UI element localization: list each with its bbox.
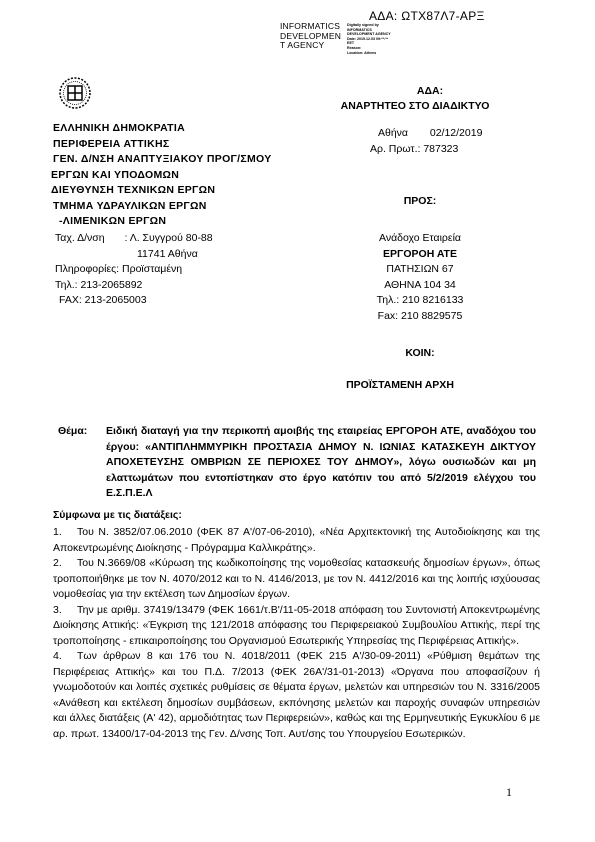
subject-text: Ειδική διαταγή για την περικοπή αμοιβής … — [106, 424, 536, 502]
stamp-line: T AGENCY — [280, 41, 341, 51]
greek-emblem-icon — [57, 75, 93, 111]
postal-city: 11741 Αθήνα — [55, 247, 213, 263]
recipient-heading: ΠΡΟΣ: — [290, 195, 550, 207]
sender-address: Ταχ. Δ/νση : Λ. Συγγρού 80-88 11741 Αθήν… — [55, 231, 213, 309]
sender-line: ΠΕΡΙΦΕΡΕΙΑ ΑΤΤΙΚΗΣ — [53, 137, 272, 153]
recipient-fax: Fax: 210 8829575 — [290, 309, 550, 325]
stamp-details: Digitally signed by INFORMATICS DEVELOPM… — [347, 22, 391, 55]
subject-block: Θέμα: Ειδική διαταγή για την περικοπή αμ… — [58, 424, 536, 502]
info-label: Πληροφορίες: — [55, 263, 119, 275]
item-text: Του Ν.3669/08 «Κύρωση της κωδικοποίησης … — [53, 557, 540, 600]
sender-line: ΕΡΓΩΝ ΚΑΙ ΥΠΟΔΟΜΩΝ — [51, 168, 272, 184]
sender-line: ΤΜΗΜΑ ΥΔΡΑΥΛΙΚΩΝ ΕΡΓΩΝ — [53, 199, 272, 215]
list-item: 3.Την με αριθμ. 37419/13479 (ΦΕΚ 1661/τ.… — [53, 603, 540, 650]
stamp-detail-line: Location: Athens — [347, 51, 391, 56]
page-number: 1 — [506, 785, 512, 800]
recipient-company: ΕΡΓΟΡΟΗ ΑΤΕ — [290, 247, 550, 263]
recipient-line: ΑΘΗΝΑ 104 34 — [290, 278, 550, 294]
sender-line: -ΛΙΜΕΝΙΚΩΝ ΕΡΓΩΝ — [59, 214, 272, 230]
cc-recipient: ΠΡΟΪΣΤΑΜΕΝΗ ΑΡΧΗ — [300, 379, 500, 391]
info-value: Προϊσταμένη — [122, 263, 182, 275]
cc-heading: ΚΟΙΝ: — [290, 347, 550, 359]
list-item: 2.Του Ν.3669/08 «Κύρωση της κωδικοποίηση… — [53, 556, 540, 603]
recipient-line: Ανάδοχο Εταιρεία — [290, 231, 550, 247]
sender-phone: Τηλ.: 213-2065892 — [55, 278, 213, 294]
postal-value: : Λ. Συγγρού 80-88 — [124, 232, 212, 244]
stamp-signer-name: INFORMATICS DEVELOPMEN T AGENCY — [280, 22, 341, 55]
ada-label: ΑΔΑ: — [300, 84, 530, 99]
item-number: 1. — [53, 525, 77, 541]
sender-fax: FAX: 213-2065003 — [55, 293, 213, 309]
recipient-phone: Τηλ.: 210 8216133 — [290, 293, 550, 309]
item-text: Του Ν. 3852/07.06.2010 (ΦΕΚ 87 Α'/07-06-… — [53, 526, 540, 554]
sender-line: ΓΕΝ. Δ/ΝΣΗ ΑΝΑΠΤΥΞΙΑΚΟΥ ΠΡΟΓ/ΣΜΟΥ — [53, 152, 272, 168]
protocol-number: 787323 — [423, 143, 458, 155]
item-number: 4. — [53, 649, 77, 665]
item-number: 3. — [53, 603, 77, 619]
considering-list: 1.Του Ν. 3852/07.06.2010 (ΦΕΚ 87 Α'/07-0… — [53, 525, 540, 742]
recipient-line: ΠΑΤΗΣΙΩΝ 67 — [290, 262, 550, 278]
sender-header: ΕΛΛΗΝΙΚΗ ΔΗΜΟΚΡΑΤΙΑ ΠΕΡΙΦΕΡΕΙΑ ΑΤΤΙΚΗΣ Γ… — [53, 121, 272, 230]
sender-line: ΕΛΛΗΝΙΚΗ ΔΗΜΟΚΡΑΤΙΑ — [53, 121, 272, 137]
list-item: 4.Των άρθρων 8 και 176 του Ν. 4018/2011 … — [53, 649, 540, 742]
ada-code-top: ΑΔΑ: ΩΤΧ87Λ7-ΑΡΞ — [369, 9, 485, 23]
ada-block: ΑΔΑ: ΑΝΑΡΤΗΤΕΟ ΣΤΟ ΔΙΑΔΙΚΤΥΟ — [300, 84, 530, 114]
item-number: 2. — [53, 556, 77, 572]
posted-online-label: ΑΝΑΡΤΗΤΕΟ ΣΤΟ ΔΙΑΔΙΚΤΥΟ — [300, 99, 530, 114]
list-item: 1.Του Ν. 3852/07.06.2010 (ΦΕΚ 87 Α'/07-0… — [53, 525, 540, 556]
subject-label: Θέμα: — [58, 424, 106, 502]
postal-label: Ταχ. Δ/νση — [55, 232, 105, 244]
recipient-block: Ανάδοχο Εταιρεία ΕΡΓΟΡΟΗ ΑΤΕ ΠΑΤΗΣΙΩΝ 67… — [290, 231, 550, 324]
sender-line: ΔΙΕΥΘΥΝΣΗ ΤΕΧΝΙΚΩΝ ΕΡΓΩΝ — [51, 183, 272, 199]
date: 02/12/2019 — [430, 127, 483, 139]
item-text: Των άρθρων 8 και 176 του Ν. 4018/2011 (Φ… — [53, 650, 540, 740]
digital-signature-stamp: INFORMATICS DEVELOPMEN T AGENCY Digitall… — [280, 22, 391, 55]
city: Αθήνα — [378, 127, 408, 139]
item-text: Την με αριθμ. 37419/13479 (ΦΕΚ 1661/τ.Β'… — [53, 604, 540, 647]
protocol-label: Αρ. Πρωτ.: — [370, 143, 420, 155]
date-block: Αθήνα 02/12/2019 Αρ. Πρωτ.: 787323 — [378, 125, 482, 157]
considering-heading: Σύμφωνα με τις διατάξεις: — [53, 509, 182, 521]
